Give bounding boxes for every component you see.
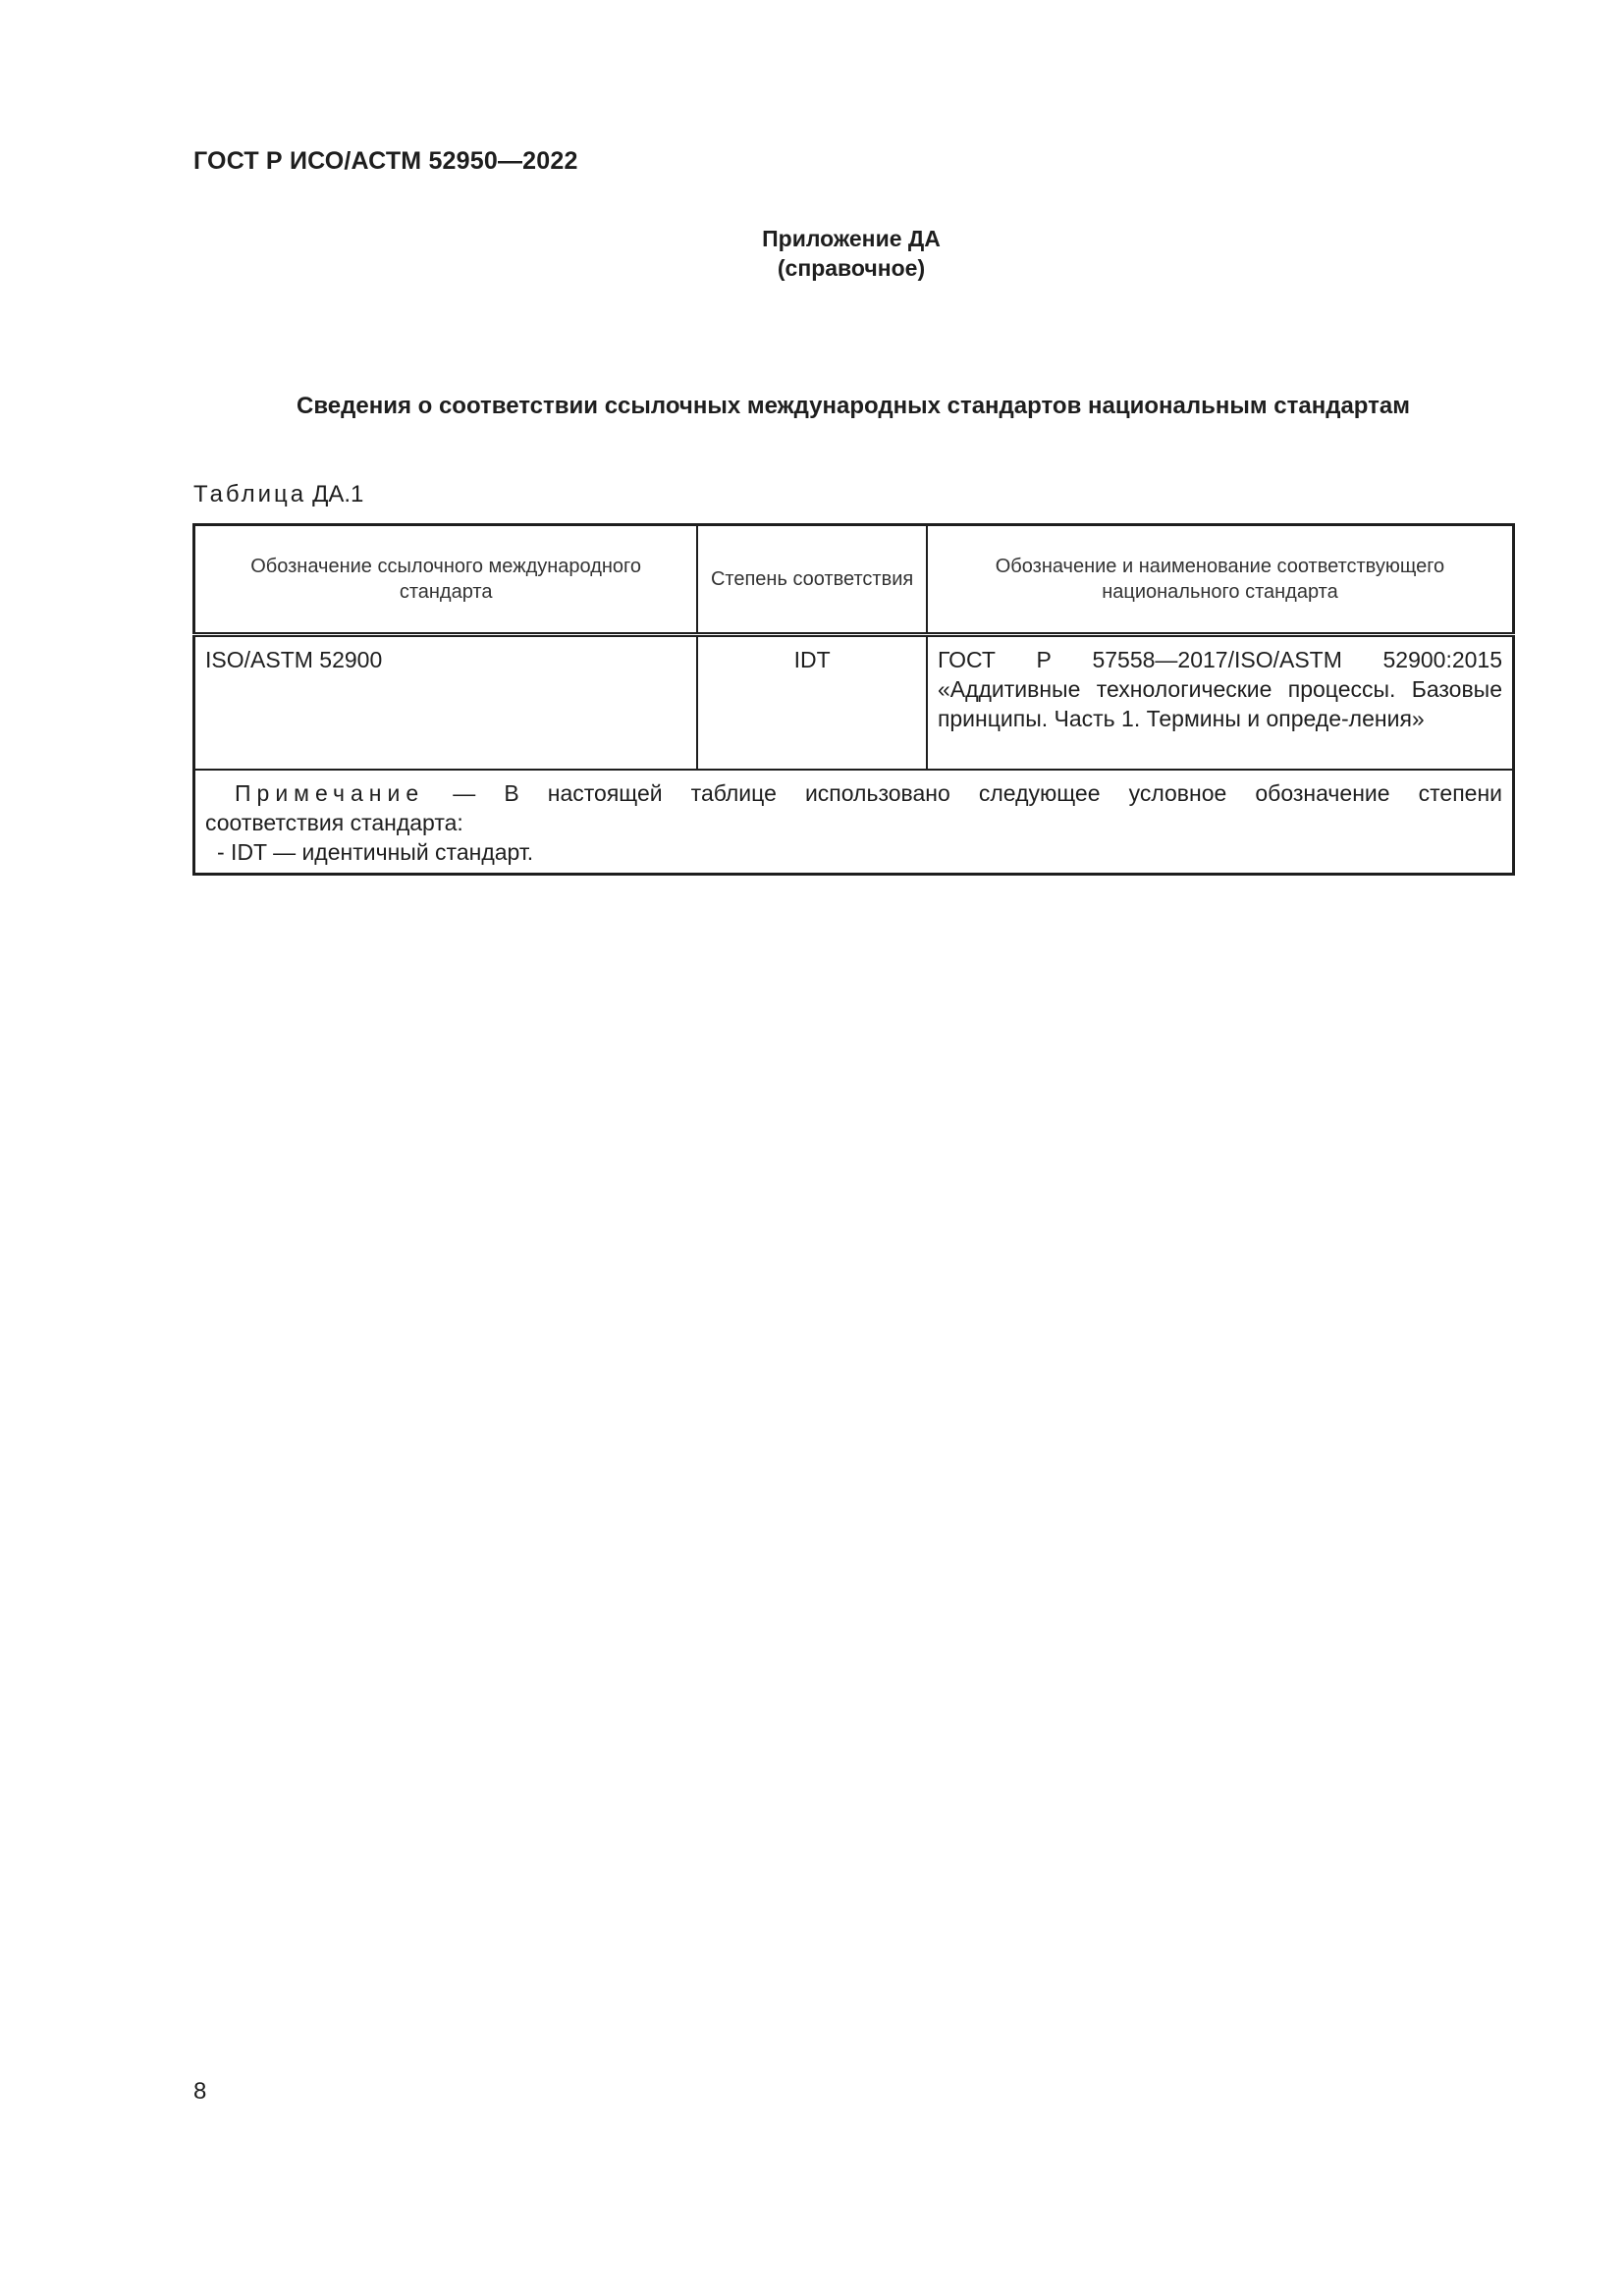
note-lead: Примечание: [235, 780, 424, 806]
table-caption-label: Таблица: [193, 481, 306, 507]
note-text-continued: соответствия стандарта:: [205, 808, 1502, 837]
table-row: ISO/ASTM 52900 IDT ГОСТ Р 57558—2017/ISO…: [194, 635, 1514, 771]
correspondence-table: Обозначение ссылочного международного ст…: [192, 523, 1515, 876]
column-header-degree: Степень соответствия: [697, 525, 927, 635]
page-number: 8: [193, 2078, 206, 2106]
table-header-row: Обозначение ссылочного международного ст…: [194, 525, 1514, 635]
appendix-heading: Приложение ДА (справочное): [0, 224, 1624, 283]
table-caption: ТаблицаДА.1: [193, 481, 363, 508]
note-list-item: - IDT — идентичный стандарт.: [217, 837, 1502, 867]
note-first-line: Примечание — В настоящей таблице использ…: [205, 778, 1502, 808]
appendix-title: Приложение ДА: [0, 224, 1624, 253]
table-note: Примечание — В настоящей таблице использ…: [194, 770, 1514, 875]
cell-national: ГОСТ Р 57558—2017/ISO/ASTM 52900:2015 «А…: [927, 635, 1514, 771]
note-text: — В настоящей таблице использовано следу…: [453, 780, 1502, 806]
cell-international: ISO/ASTM 52900: [194, 635, 698, 771]
document-code: ГОСТ Р ИСО/АСТМ 52950—2022: [193, 147, 578, 176]
appendix-subtitle: (справочное): [0, 253, 1624, 283]
column-header-international: Обозначение ссылочного международного ст…: [194, 525, 698, 635]
cell-degree: IDT: [697, 635, 927, 771]
table-note-row: Примечание — В настоящей таблице использ…: [194, 770, 1514, 875]
column-header-national: Обозначение и наименование соответствующ…: [927, 525, 1514, 635]
section-title: Сведения о соответствии ссылочных междун…: [192, 393, 1514, 420]
table-caption-number: ДА.1: [312, 481, 363, 507]
